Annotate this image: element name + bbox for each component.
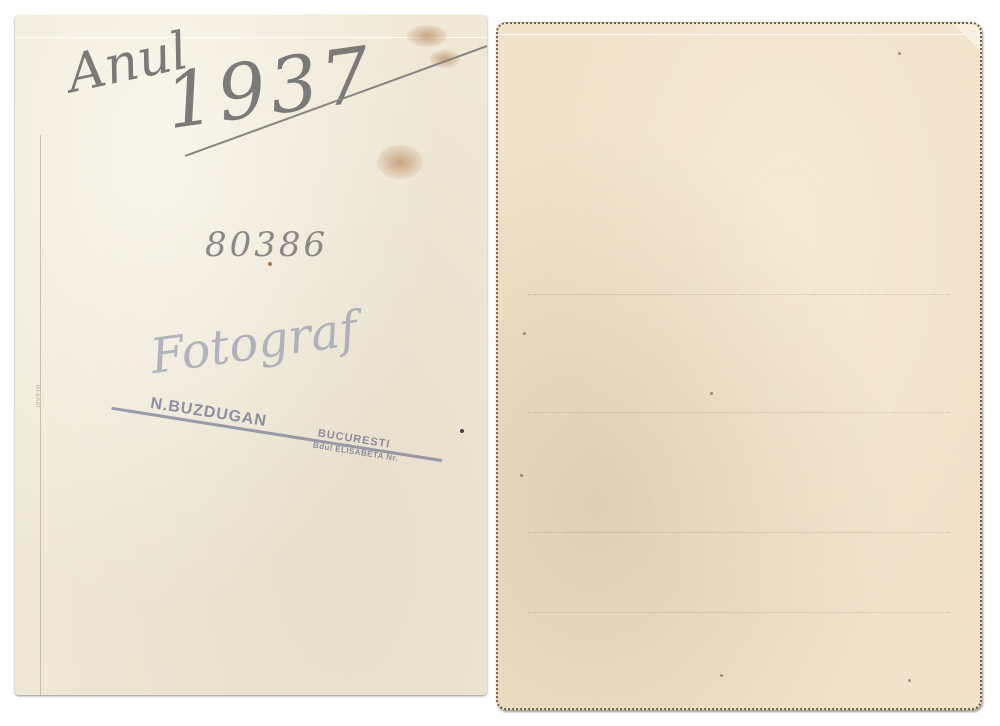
dotted-line <box>528 294 950 295</box>
speck <box>908 679 911 682</box>
speck <box>720 674 723 677</box>
rust-stain <box>377 145 423 179</box>
photographer-signature: Fotograf <box>147 301 361 385</box>
handwritten-year: 1937 <box>160 29 380 146</box>
speck <box>898 52 901 55</box>
speck <box>710 392 713 395</box>
speck <box>520 474 523 477</box>
margin-print: Brandt <box>34 385 40 409</box>
stamp-studio-name: N.BUZDUGAN <box>149 395 268 431</box>
photo-back-left: Brandt Anul 1937 80386 Fotograf N.BUZDUG… <box>15 15 487 695</box>
crease-line <box>498 34 980 35</box>
rust-stain <box>407 25 447 47</box>
handwritten-catalog-number: 80386 <box>205 225 328 265</box>
dotted-line <box>528 532 950 533</box>
dotted-line <box>528 412 950 413</box>
dotted-line <box>528 612 950 613</box>
photo-back-right <box>496 22 982 710</box>
speck <box>523 332 526 335</box>
studio-stamp: N.BUZDUGAN BUCURESTI Bdul ELISABETA Nr. <box>102 385 450 517</box>
margin-rule <box>40 135 41 695</box>
corner-fold <box>954 24 980 50</box>
ink-spot <box>268 262 272 266</box>
ink-spot <box>460 429 464 433</box>
